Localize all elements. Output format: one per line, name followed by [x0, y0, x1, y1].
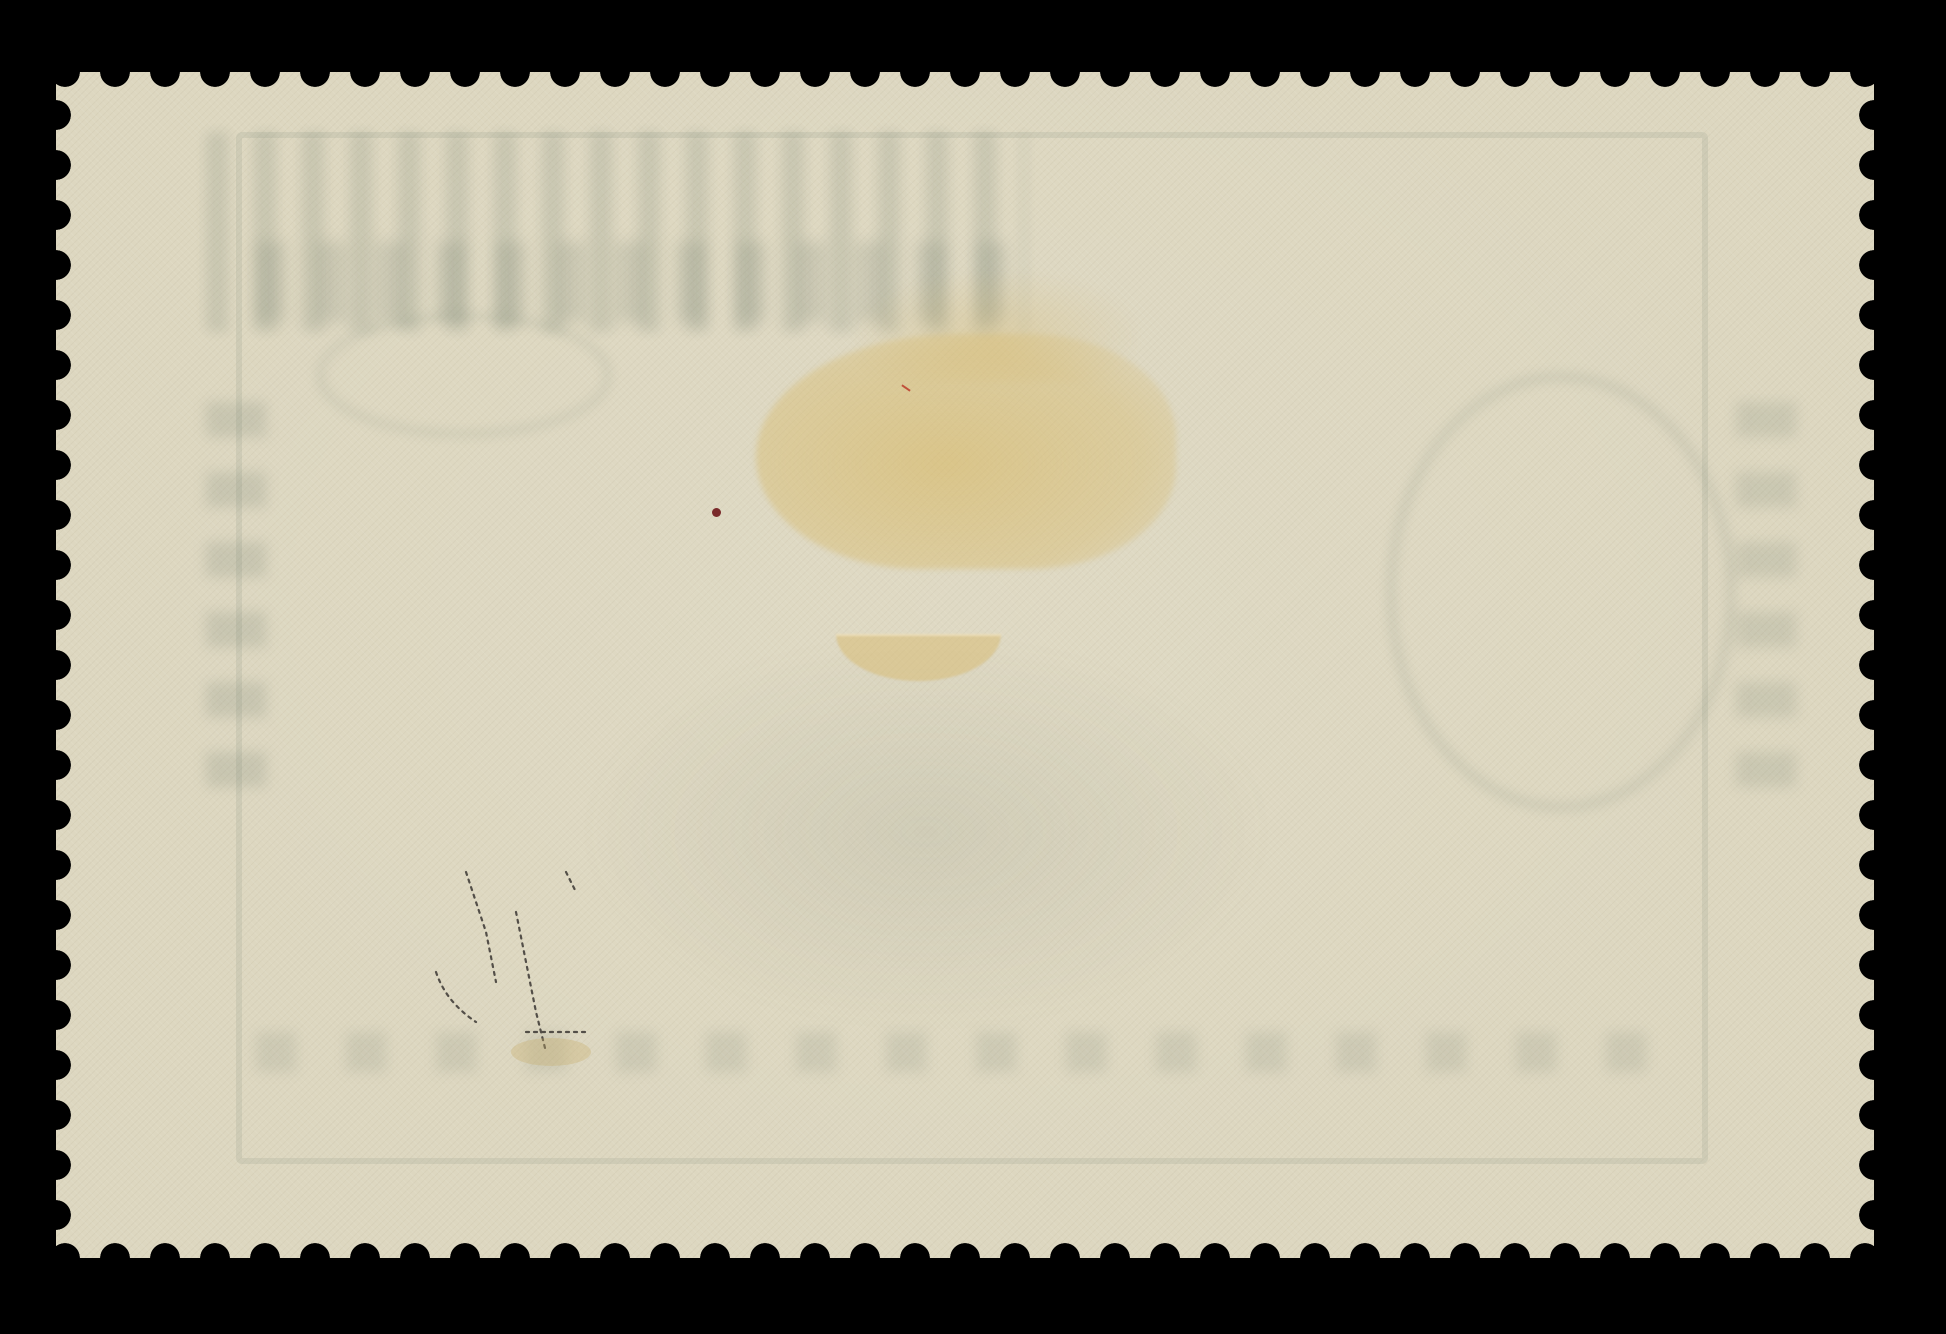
- red-dot: [712, 508, 721, 517]
- stamp-back: [56, 72, 1874, 1258]
- left-side-lettering-show-through: [206, 402, 266, 822]
- right-side-lettering-show-through: [1736, 402, 1796, 822]
- pencil-notation-icon: [376, 852, 616, 1092]
- hinge-stain: [756, 334, 1176, 569]
- central-vignette-show-through: [576, 632, 1276, 1032]
- stamp-paper: [56, 72, 1874, 1258]
- right-medallion-show-through: [1386, 372, 1736, 812]
- left-oval-show-through: [316, 312, 612, 438]
